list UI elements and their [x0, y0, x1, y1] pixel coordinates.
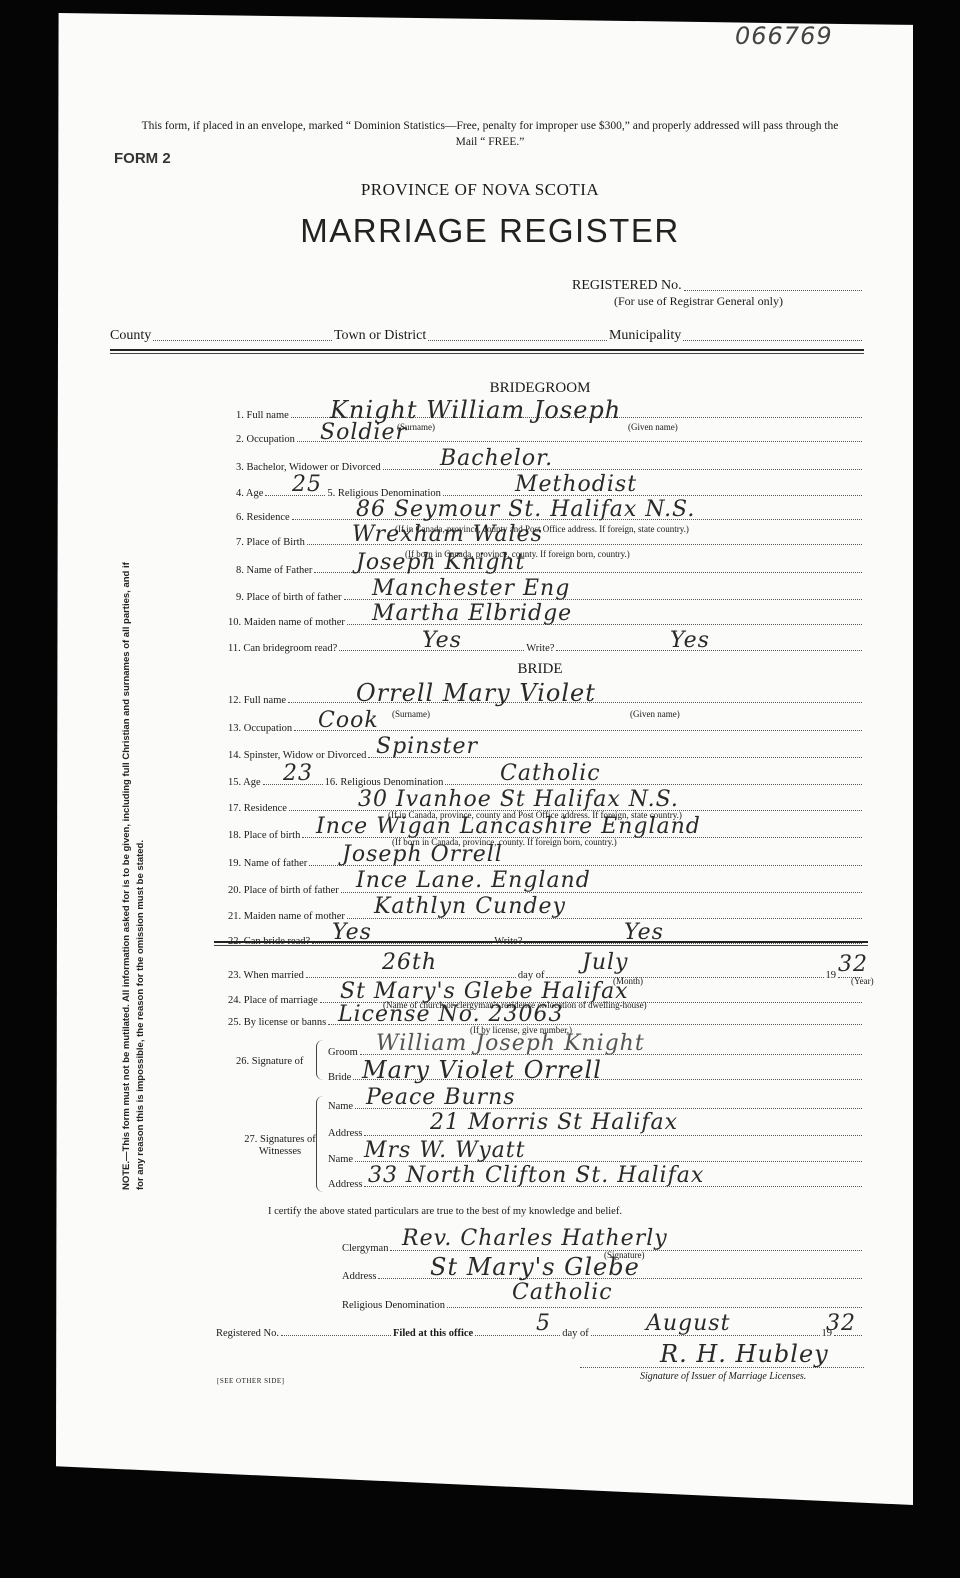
field-label: 17. Residence [228, 803, 287, 814]
brace [316, 1096, 323, 1192]
groom-father-birthplace-value[interactable]: Manchester Eng [372, 576, 570, 601]
bride-father-value[interactable]: Joseph Orrell [342, 842, 503, 867]
field-label: 21. Maiden name of mother [228, 911, 345, 922]
registered-no-note: (For use of Registrar General only) [614, 294, 783, 309]
location-row: County Town or District Municipality [110, 324, 864, 344]
bride-father-row: 19. Name of father [228, 851, 864, 869]
field-label: 2. Occupation [236, 434, 295, 445]
field-label: 13. Occupation [228, 723, 292, 734]
field-label: 12. Full name [228, 695, 286, 706]
witness-2-name-value[interactable]: Mrs W. Wyatt [364, 1138, 525, 1163]
filed-year-value[interactable]: 32 [826, 1311, 856, 1336]
county-label: County [110, 328, 151, 344]
field-label: 14. Spinster, Widow or Divorced [228, 750, 366, 761]
field-label: Address [342, 1271, 376, 1282]
county-field[interactable] [153, 339, 332, 341]
field-label: 18. Place of birth [228, 830, 300, 841]
clergy-denomination-value[interactable]: Catholic [512, 1280, 613, 1305]
field-label: 19. Name of father [228, 858, 307, 869]
groom-father-value[interactable]: Joseph Knight [356, 550, 525, 575]
bride-religion-value[interactable]: Catholic [500, 761, 601, 786]
municipality-label: Municipality [609, 328, 681, 344]
page-title: MARRIAGE REGISTER [190, 212, 790, 250]
groom-father-row: 8. Name of Father [236, 558, 864, 576]
field-label: Bride [328, 1072, 351, 1083]
clergyman-signature-value[interactable]: Rev. Charles Hatherly [402, 1226, 668, 1251]
groom-birthplace-row: 7. Place of Birth [236, 530, 864, 548]
serial-number: 066769 [735, 22, 833, 50]
divider [110, 349, 864, 351]
field-label: Address [328, 1128, 362, 1139]
field-label: Write? [526, 643, 554, 654]
form-label: FORM 2 [114, 150, 171, 167]
field-label: Name [328, 1101, 353, 1112]
field-label: Name [328, 1154, 353, 1165]
witness-1-name-value[interactable]: Peace Burns [366, 1085, 516, 1110]
field-label: 25. By license or banns [228, 1017, 326, 1028]
town-label: Town or District [334, 328, 426, 344]
province-heading: PROVINCE OF NOVA SCOTIA [180, 180, 780, 200]
marriage-year-value[interactable]: 32 [838, 952, 868, 977]
groom-marital-value[interactable]: Bachelor. [440, 446, 553, 471]
year-hint: (Year) [851, 976, 874, 986]
marriage-day-value[interactable]: 26th [382, 950, 437, 975]
divider [110, 353, 864, 354]
groom-occupation-value[interactable]: Soldier [320, 420, 407, 445]
field-label: 10. Maiden name of mother [228, 617, 345, 628]
year-prefix: 19 [826, 970, 837, 981]
field-label: Address [328, 1179, 362, 1190]
clergy-address-value[interactable]: St Mary's Glebe [430, 1253, 640, 1281]
divider [214, 941, 868, 943]
groom-literacy-row: 11. Can bridegroom read? Write? [228, 636, 864, 654]
bride-age-value[interactable]: 23 [283, 761, 313, 786]
bride-residence-value[interactable]: 30 Ivanhoe St Halifax N.S. [358, 787, 679, 812]
groom-read-value[interactable]: Yes [422, 628, 462, 653]
town-field[interactable] [428, 339, 607, 341]
signature-of-label: 26. Signature of [236, 1056, 303, 1067]
bride-father-birthplace-value[interactable]: Ince Lane. England [356, 868, 591, 893]
bride-full-name-value[interactable]: Orrell Mary Violet [356, 679, 596, 707]
groom-age-value[interactable]: 25 [292, 472, 322, 497]
groom-signature-value[interactable]: William Joseph Knight [376, 1031, 645, 1056]
field-label: Groom [328, 1047, 358, 1058]
issuer-signature-value[interactable]: R. H. Hubley [660, 1340, 829, 1368]
witness-1-address-value[interactable]: 21 Morris St Halifax [430, 1110, 678, 1135]
groom-residence-value[interactable]: 86 Seymour St. Halifax N.S. [356, 497, 695, 522]
field-label: Religious Denomination [342, 1300, 445, 1311]
bride-birthplace-value[interactable]: Ince Wigan Lancashire England [316, 814, 701, 839]
bride-marital-row: 14. Spinster, Widow or Divorced [228, 743, 864, 761]
filed-month-value[interactable]: August [646, 1311, 730, 1336]
witness-2-address-value[interactable]: 33 North Clifton St. Halifax [368, 1163, 704, 1188]
filed-day-value[interactable]: 5 [536, 1311, 551, 1336]
groom-mother-value[interactable]: Martha Elbridge [372, 601, 572, 626]
field-label: Registered No. [216, 1328, 279, 1339]
divider [214, 945, 868, 946]
issuer-label: Signature of Issuer of Marriage Licenses… [640, 1371, 806, 1382]
field-label: 15. Age [228, 777, 261, 788]
bride-occupation-value[interactable]: Cook [318, 708, 379, 733]
bride-marital-value[interactable]: Spinster [376, 734, 478, 759]
field-label: day of [562, 1328, 589, 1339]
mail-notice: This form, if placed in an envelope, mar… [140, 118, 840, 150]
field-label: 9. Place of birth of father [236, 592, 342, 603]
field-label: 1. Full name [236, 410, 289, 421]
see-other-side: [SEE OTHER SIDE] [217, 1377, 285, 1385]
witnesses-label: 27. Signatures of Witnesses [240, 1134, 320, 1158]
license-value[interactable]: License No. 23063 [338, 1002, 564, 1027]
certification-statement: I certify the above stated particulars a… [268, 1206, 622, 1217]
groom-write-value[interactable]: Yes [670, 628, 710, 653]
bride-mother-value[interactable]: Kathlyn Cundey [374, 894, 566, 919]
side-note: NOTE.—This form must not be mutilated. A… [120, 550, 148, 1190]
field-label: 4. Age [236, 488, 263, 499]
registered-no-field: REGISTERED No. [572, 274, 864, 294]
municipality-field[interactable] [683, 339, 862, 341]
groom-religion-value[interactable]: Methodist [515, 472, 637, 497]
field-label: 7. Place of Birth [236, 537, 305, 548]
field-label: 8. Name of Father [236, 565, 312, 576]
field-label: 6. Residence [236, 512, 290, 523]
field-label: 24. Place of marriage [228, 995, 318, 1006]
field-label: 11. Can bridegroom read? [228, 643, 337, 654]
marriage-month-value[interactable]: July [582, 950, 628, 975]
bride-signature-value[interactable]: Mary Violet Orrell [362, 1056, 602, 1084]
groom-birthplace-value[interactable]: Wrexham Wales [352, 522, 543, 547]
bridegroom-heading: BRIDEGROOM [440, 380, 640, 397]
brace [316, 1040, 323, 1080]
registered-no-label: REGISTERED No. [572, 278, 682, 294]
field-label: 20. Place of birth of father [228, 885, 339, 896]
field-label: Clergyman [342, 1243, 388, 1254]
field-label: Filed at this office [393, 1328, 473, 1339]
field-label: 23. When married [228, 970, 304, 981]
bride-heading: BRIDE [440, 661, 640, 678]
